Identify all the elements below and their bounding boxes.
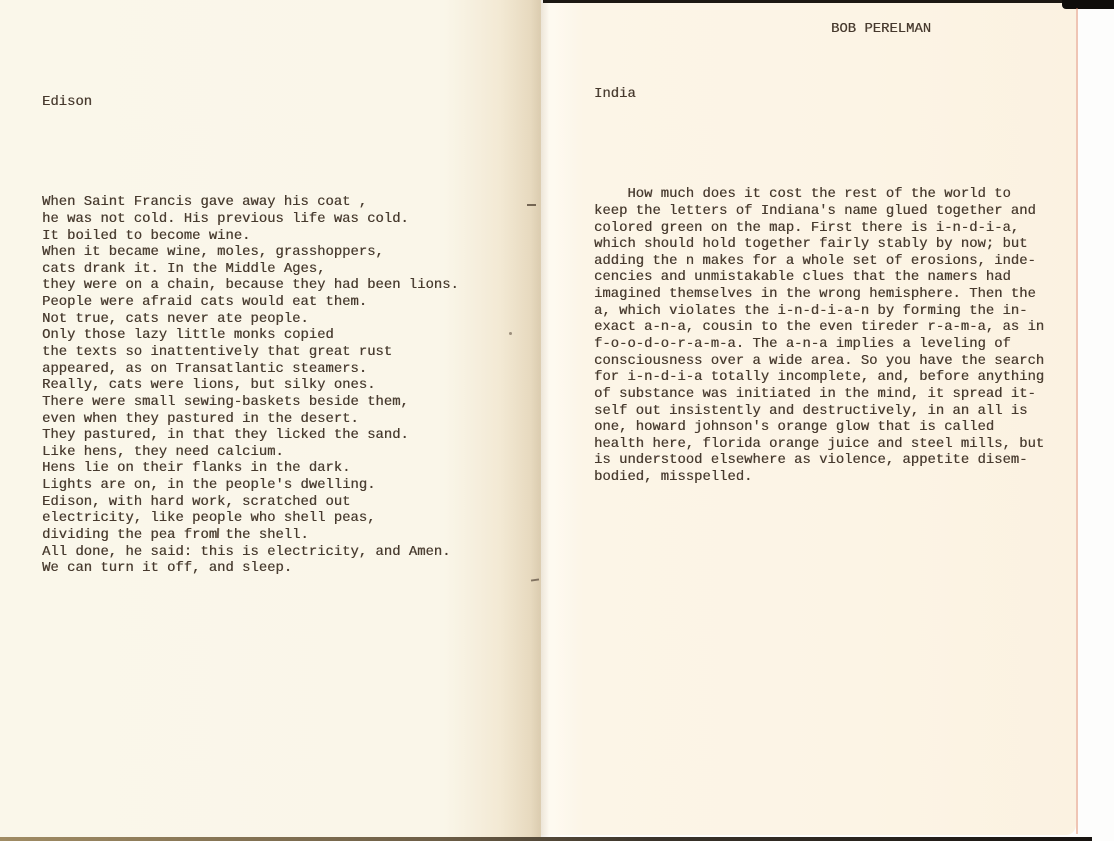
- text-line: Like hens, they need calcium.: [42, 444, 459, 461]
- text-line: even when they pastured in the desert.: [42, 411, 459, 428]
- text-line: All done, he said: this is electricity, …: [42, 544, 459, 561]
- right-page-text: India How much does it cost the rest of …: [594, 53, 1044, 519]
- text-line: When Saint Francis gave away his coat ,: [42, 194, 459, 211]
- title-gap: [594, 136, 1044, 153]
- text-line: Not true, cats never ate people.: [42, 311, 459, 328]
- left-page-title: Edison: [42, 94, 459, 111]
- text-line: appeared, as on Transatlantic steamers.: [42, 361, 459, 378]
- text-line: People were afraid cats would eat them.: [42, 294, 459, 311]
- text-line: Only those lazy little monks copied: [42, 327, 459, 344]
- text-line: consciousness over a wide area. So you h…: [594, 353, 1044, 370]
- text-line: Edison, with hard work, scratched out: [42, 494, 459, 511]
- text-line: When it became wine, moles, grasshoppers…: [42, 244, 459, 261]
- text-line: colored green on the map. First there is…: [594, 220, 1044, 237]
- text-line: of substance was initiated in the mind, …: [594, 386, 1044, 403]
- text-line: self out insistently and destructively, …: [594, 403, 1044, 420]
- book-scan-spread: Edison When Saint Francis gave away his …: [0, 0, 1114, 841]
- text-line: health here, florida orange juice and st…: [594, 436, 1044, 453]
- text-line: Really, cats were lions, but silky ones.: [42, 377, 459, 394]
- text-line: They pastured, in that they licked the s…: [42, 427, 459, 444]
- text-line: How much does it cost the rest of the wo…: [594, 186, 1044, 203]
- text-line: cats drank it. In the Middle Ages,: [42, 261, 459, 278]
- text-line: imagined themselves in the wrong hemisph…: [594, 286, 1044, 303]
- text-line: cencies and unmistakable clues that the …: [594, 269, 1044, 286]
- scan-bottom-edge: [0, 837, 1092, 841]
- scan-corner-shadow: [1062, 0, 1114, 9]
- text-line: dividing the pea from the shell.: [42, 527, 459, 544]
- text-line: Lights are on, in the people's dwelling.: [42, 477, 459, 494]
- page-right-edge: [1076, 8, 1078, 834]
- text-line: bodied, misspelled.: [594, 469, 1044, 486]
- scan-top-edge: [543, 0, 1114, 3]
- text-line: he was not cold. His previous life was c…: [42, 211, 459, 228]
- text-line: Hens lie on their flanks in the dark.: [42, 460, 459, 477]
- text-line: they were on a chain, because they had b…: [42, 277, 459, 294]
- text-line: for i-n-d-i-a totally incomplete, and, b…: [594, 369, 1044, 386]
- text-line: f-o-o-d-o-r-a-m-a. The a-n-a implies a l…: [594, 336, 1044, 353]
- text-line: We can turn it off, and sleep.: [42, 560, 459, 577]
- text-line: a, which violates the i-n-d-i-a-n by for…: [594, 303, 1044, 320]
- text-line: the texts so inattentively that great ru…: [42, 344, 459, 361]
- text-line: electricity, like people who shell peas,: [42, 510, 459, 527]
- text-line: There were small sewing-baskets beside t…: [42, 394, 459, 411]
- text-line: adding the n makes for a whole set of er…: [594, 253, 1044, 270]
- text-line: exact a-n-a, cousin to the even tireder …: [594, 319, 1044, 336]
- text-line: It boiled to become wine.: [42, 228, 459, 245]
- text-line: is understood elsewhere as violence, app…: [594, 452, 1044, 469]
- text-line: one, howard johnson's orange glow that i…: [594, 419, 1044, 436]
- left-page-text: Edison When Saint Francis gave away his …: [42, 61, 459, 610]
- text-line: keep the letters of Indiana's name glued…: [594, 203, 1044, 220]
- author-header: BOB PERELMAN: [831, 21, 931, 38]
- text-line: which should hold together fairly stably…: [594, 236, 1044, 253]
- poem-lines: When Saint Francis gave away his coat ,h…: [42, 194, 459, 577]
- paragraph-lines: How much does it cost the rest of the wo…: [594, 186, 1044, 486]
- right-page-title: India: [594, 86, 1044, 103]
- title-gap: [42, 144, 459, 161]
